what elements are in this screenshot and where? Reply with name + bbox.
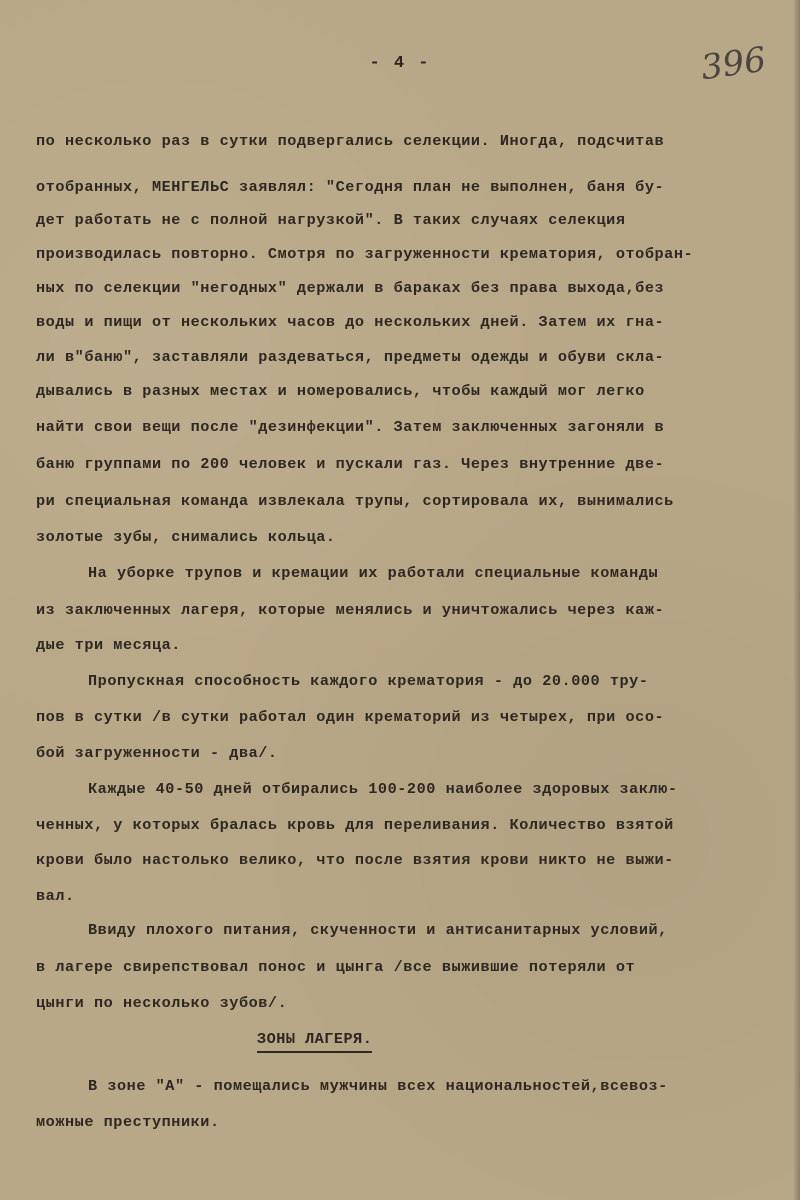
text-line: можные преступники. bbox=[36, 1113, 220, 1131]
text-line: пов в сутки /в сутки работал один кремат… bbox=[36, 708, 664, 726]
text-line: крови было настолько велико, что после в… bbox=[36, 851, 674, 869]
text-line: производилась повторно. Смотря по загруж… bbox=[36, 245, 693, 263]
document-page: - 4 - 396 по несколько раз в сутки подве… bbox=[0, 0, 800, 1200]
text-line: золотые зубы, снимались кольца. bbox=[36, 528, 336, 546]
text-line: ли в"баню", заставляли раздеваться, пред… bbox=[36, 348, 664, 366]
text-line: отобранных, МЕНГЕЛЬС заявлял: "Сегодня п… bbox=[36, 178, 664, 196]
paragraph-start: На уборке трупов и кремации их работали … bbox=[88, 564, 658, 582]
page-number: - 4 - bbox=[0, 54, 800, 73]
text-line: ри специальная команда извлекала трупы, … bbox=[36, 492, 674, 510]
section-heading: ЗОНЫ ЛАГЕРЯ. bbox=[257, 1030, 372, 1053]
paragraph-start: Каждые 40-50 дней отбирались 100-200 наи… bbox=[88, 780, 678, 798]
text-line: по несколько раз в сутки подвергались се… bbox=[36, 132, 664, 150]
text-line: ченных, у которых бралась кровь для пере… bbox=[36, 816, 674, 834]
text-line: дет работать не с полной нагрузкой". В т… bbox=[36, 211, 626, 229]
handwritten-archive-number: 396 bbox=[699, 40, 769, 89]
text-line: найти свои вещи после "дезинфекции". Зат… bbox=[36, 418, 664, 436]
text-line: цынги по несколько зубов/. bbox=[36, 994, 287, 1012]
text-line: ных по селекции "негодных" держали в бар… bbox=[36, 279, 664, 297]
text-line: из заключенных лагеря, которые менялись … bbox=[36, 601, 664, 619]
text-line: воды и пищи от нескольких часов до неско… bbox=[36, 313, 664, 331]
page-edge-shadow bbox=[794, 0, 800, 1200]
paragraph-start: В зоне "А" - помещались мужчины всех нац… bbox=[88, 1077, 668, 1095]
text-line: дывались в разных местах и номеровались,… bbox=[36, 382, 645, 400]
text-line: баню группами по 200 человек и пускали г… bbox=[36, 455, 664, 473]
paragraph-start: Пропускная способность каждого крематори… bbox=[88, 672, 649, 690]
text-line: бой загруженности - два/. bbox=[36, 744, 278, 762]
paragraph-start: Ввиду плохого питания, скученности и ант… bbox=[88, 921, 668, 939]
text-line: в лагере свирепствовал понос и цынга /вс… bbox=[36, 958, 635, 976]
text-line: дые три месяца. bbox=[36, 636, 181, 654]
text-line: вал. bbox=[36, 887, 75, 905]
